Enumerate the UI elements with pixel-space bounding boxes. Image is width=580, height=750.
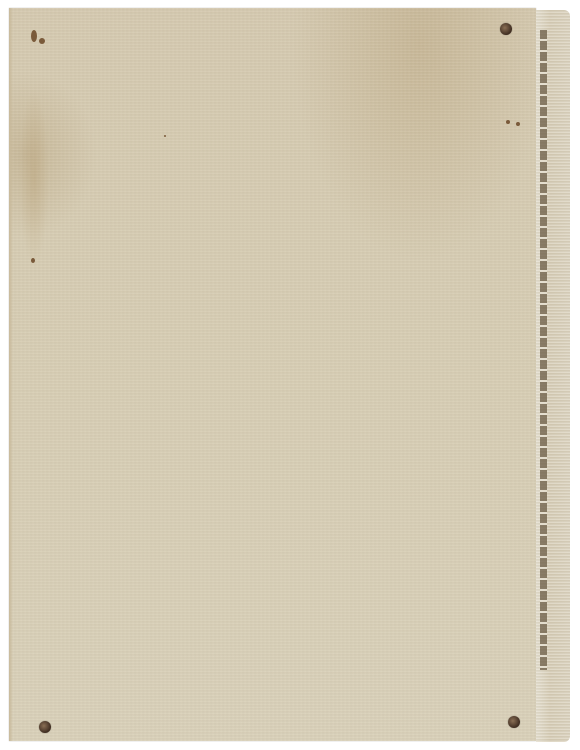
- cover-left-edge: [9, 8, 13, 741]
- spine-stitching: [540, 30, 547, 670]
- stain-spot: [516, 122, 520, 126]
- stain-spot: [31, 30, 37, 42]
- stain-spot: [39, 38, 45, 44]
- book-back-cover: [9, 8, 536, 741]
- rivet-bottom-right: [508, 716, 520, 728]
- rivet-top-right: [500, 23, 512, 35]
- rivet-bottom-left: [39, 721, 51, 733]
- water-stain: [19, 88, 49, 268]
- stain-spot: [506, 120, 510, 124]
- stain-spot: [164, 135, 166, 137]
- stain-spot: [31, 258, 35, 263]
